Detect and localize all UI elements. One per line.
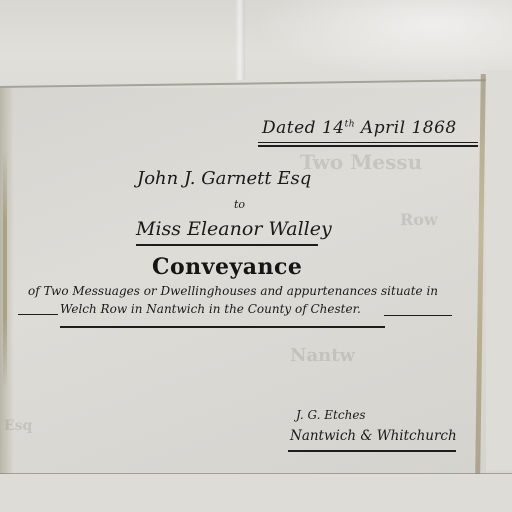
description-underline <box>60 326 385 328</box>
light-glare <box>252 0 512 80</box>
description-leading-dash <box>18 314 58 315</box>
date-underline-double <box>258 145 478 147</box>
date-day: 14 <box>322 118 345 138</box>
folded-paper-top-flap <box>0 0 512 90</box>
bleed-through-text: Row <box>400 210 438 229</box>
date-prefix: Dated <box>262 118 316 138</box>
grantee-name: Miss Eleanor Walley <box>136 218 332 240</box>
solicitor-name: J. G. Etches <box>296 408 366 422</box>
solicitor-underline <box>288 450 456 452</box>
grantee-underline <box>136 244 318 246</box>
fold-crease <box>235 0 245 80</box>
description-line-1: of Two Messuages or Dwellinghouses and a… <box>28 284 438 298</box>
grantor-name: John J. Garnett Esq <box>137 168 311 189</box>
date-day-suffix: th <box>345 119 355 129</box>
description-trailing-dash <box>384 315 452 316</box>
left-fold-stain <box>3 150 7 390</box>
right-fold-panel <box>486 70 512 470</box>
document-title: Conveyance <box>152 254 302 280</box>
date-month-year: April 1868 <box>361 118 457 138</box>
date-line: Dated 14th April 1868 <box>262 118 457 138</box>
description-line-2: Welch Row in Nantwich in the County of C… <box>60 302 361 316</box>
bleed-through-text: Esq <box>4 418 32 434</box>
connector-to: to <box>234 198 245 211</box>
folded-paper-bottom-flap <box>0 474 512 512</box>
bleed-through-text: Nantw <box>290 345 355 366</box>
date-underline <box>258 142 478 143</box>
bleed-through-text: Two Messu <box>300 150 422 174</box>
solicitor-location: Nantwich & Whitchurch <box>290 428 457 444</box>
